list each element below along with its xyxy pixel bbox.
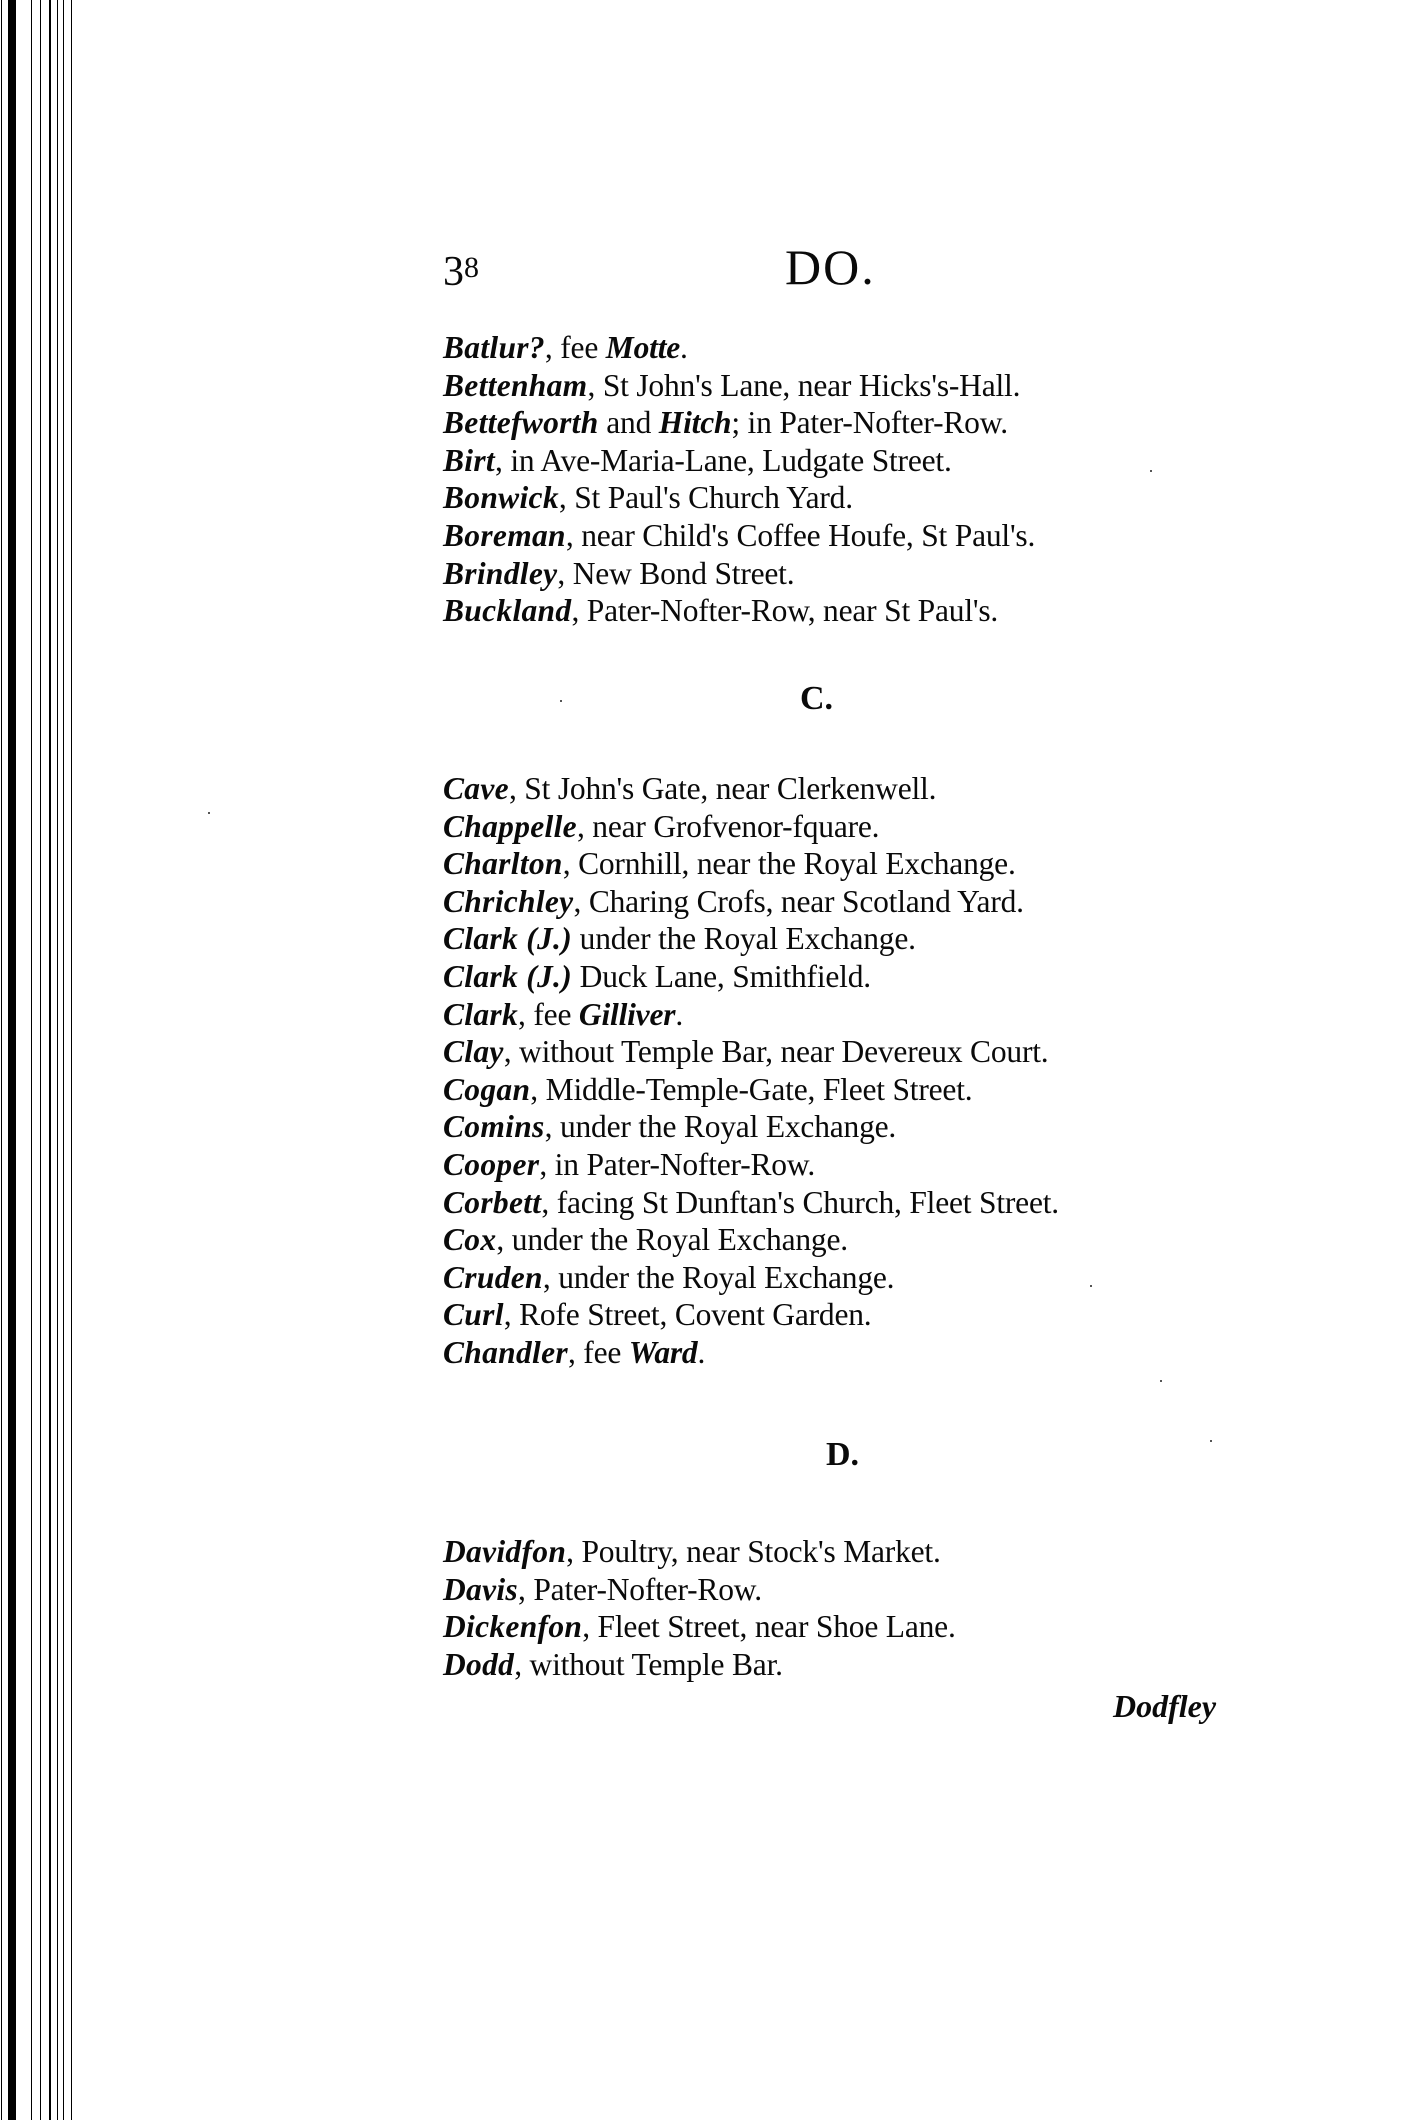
entry: Cooper, in Pater-Nofter-Row. [443,1146,1059,1184]
entry-address: , New Bond Street. [557,556,794,591]
bookseller-name: Cogan [443,1072,530,1107]
entry: Chrichley, Charing Crofs, near Scotland … [443,883,1059,921]
entry: Clark, fee Gilliver. [443,996,1059,1034]
bookseller-partner-name: Hitch [659,405,732,440]
entry-address: , Rofe Street, Covent Garden. [504,1297,872,1332]
entry-address: , near Child's Coffee Houfe, St Paul's. [566,518,1035,553]
entries-section-b: Batlur?, fee Motte. Bettenham, St John's… [443,329,1035,630]
bookseller-name: Birt [443,443,495,478]
bookseller-name: Dickenfon [443,1609,582,1644]
scan-speck [560,700,562,702]
cross-reference: Motte [606,330,680,365]
bookseller-name: Comins [443,1109,545,1144]
entry: Brindley, New Bond Street. [443,555,1035,593]
entry: Cox, under the Royal Exchange. [443,1221,1059,1259]
bookseller-name: Corbett [443,1185,541,1220]
bookseller-name: Davis [443,1572,518,1607]
entry: Cave, St John's Gate, near Clerkenwell. [443,770,1059,808]
entry: Batlur?, fee Motte. [443,329,1035,367]
entry-address: , fee [545,330,606,365]
bookseller-name: Chappelle [443,809,577,844]
entry-address: , without Temple Bar, near Devereux Cour… [504,1034,1049,1069]
scan-speck [1160,1380,1162,1382]
entry-address: , under the Royal Exchange. [545,1109,896,1144]
entry-address: , Pater-Nofter-Row, near St Paul's. [571,593,998,628]
bookseller-name: Clay [443,1034,504,1069]
entry: Chappelle, near Grofvenor-fquare. [443,808,1059,846]
bookseller-name: Clark [443,997,518,1032]
entry: Comins, under the Royal Exchange. [443,1108,1059,1146]
entry-end: ; in Pater-Nofter-Row. [731,405,1008,440]
entry: Boreman, near Child's Coffee Houfe, St P… [443,517,1035,555]
entry-end: . [697,1335,705,1370]
entry-address: , in Ave-Maria-Lane, Ludgate Street. [495,443,952,478]
entry-address: , Middle-Temple-Gate, Fleet Street. [530,1072,972,1107]
entries-section-d: Davidfon, Poultry, near Stock's Market. … [443,1533,956,1683]
bookseller-name: Cruden [443,1260,543,1295]
section-heading-c: C. [800,680,833,718]
bookseller-name: Cooper [443,1147,539,1182]
entry-address: , in Pater-Nofter-Row. [539,1147,815,1182]
bookseller-name: Cox [443,1222,496,1257]
entry: Davidfon, Poultry, near Stock's Market. [443,1533,956,1571]
entry-address: , fee [568,1335,629,1370]
bookseller-name: Chandler [443,1335,568,1370]
page-number: 38 [443,248,479,296]
entry-address: under the Royal Exchange. [572,921,916,956]
cross-reference: Gilliver [579,997,675,1032]
entry-address: , near Grofvenor-fquare. [577,809,879,844]
bookseller-name: Boreman [443,518,566,553]
page-number-main: 3 [443,249,464,295]
entry-address: , under the Royal Exchange. [496,1222,847,1257]
entry-address: , without Temple Bar. [514,1647,783,1682]
entry-address: , Cornhill, near the Royal Exchange. [563,846,1016,881]
bookseller-name: Charlton [443,846,563,881]
bookseller-name: Batlur? [443,330,545,365]
bookseller-name: Clark (J.) [443,959,572,994]
entry-address: , St John's Lane, near Hicks's-Hall. [587,368,1020,403]
entry-address: , St John's Gate, near Clerkenwell. [509,771,936,806]
running-head: DO. [785,238,876,296]
entry: Chandler, fee Ward. [443,1334,1059,1372]
bookseller-name: Buckland [443,593,571,628]
section-heading-d: D. [826,1436,859,1474]
entry-end: . [675,997,683,1032]
entry: Bettenham, St John's Lane, near Hicks's-… [443,367,1035,405]
entry-address: , St Paul's Church Yard. [559,480,853,515]
page-number-sup: 8 [464,251,479,284]
scan-speck [1090,1285,1092,1287]
scan-speck [1210,1440,1212,1442]
entry: Curl, Rofe Street, Covent Garden. [443,1296,1059,1334]
scan-speck [208,812,210,814]
entry-address: Duck Lane, Smithfield. [572,959,871,994]
entry: Dodd, without Temple Bar. [443,1646,956,1684]
bookseller-name: Davidfon [443,1534,566,1569]
entry: Bettefworth and Hitch; in Pater-Nofter-R… [443,404,1035,442]
entry: Davis, Pater-Nofter-Row. [443,1571,956,1609]
entry-end: . [680,330,688,365]
entry: Corbett, facing St Dunftan's Church, Fle… [443,1184,1059,1222]
entry-address: , fee [518,997,579,1032]
entry-address: , Charing Crofs, near Scotland Yard. [573,884,1023,919]
bookseller-name: Bonwick [443,480,559,515]
entry: Cogan, Middle-Temple-Gate, Fleet Street. [443,1071,1059,1109]
entry: Charlton, Cornhill, near the Royal Excha… [443,845,1059,883]
entry: Clark (J.) Duck Lane, Smithfield. [443,958,1059,996]
bookseller-name: Bettenham [443,368,587,403]
entry: Cruden, under the Royal Exchange. [443,1259,1059,1297]
entries-section-c: Cave, St John's Gate, near Clerkenwell. … [443,770,1059,1372]
entry: Clark (J.) under the Royal Exchange. [443,920,1059,958]
cross-reference: Ward [629,1335,698,1370]
entry: Birt, in Ave-Maria-Lane, Ludgate Street. [443,442,1035,480]
bookseller-name: Curl [443,1297,504,1332]
bookseller-name: Dodd [443,1647,514,1682]
entry: Bonwick, St Paul's Church Yard. [443,479,1035,517]
entry-address: , facing St Dunftan's Church, Fleet Stre… [541,1185,1059,1220]
entry-address: , Fleet Street, near Shoe Lane. [582,1609,955,1644]
entry-address: and [599,405,659,440]
bookseller-name: Chrichley [443,884,573,919]
scan-speck [1150,470,1152,472]
entry: Clay, without Temple Bar, near Devereux … [443,1033,1059,1071]
entry: Dickenfon, Fleet Street, near Shoe Lane. [443,1608,956,1646]
entry-address: , Pater-Nofter-Row. [518,1572,762,1607]
bookseller-name: Brindley [443,556,557,591]
bookseller-name: Cave [443,771,509,806]
catchword: Dodfley [1113,1688,1216,1725]
bookseller-name: Bettefworth [443,405,599,440]
entry-address: , under the Royal Exchange. [543,1260,894,1295]
entry: Buckland, Pater-Nofter-Row, near St Paul… [443,592,1035,630]
bookseller-name: Clark (J.) [443,921,572,956]
entry-address: , Poultry, near Stock's Market. [566,1534,941,1569]
book-gutter-binding [0,0,80,2120]
